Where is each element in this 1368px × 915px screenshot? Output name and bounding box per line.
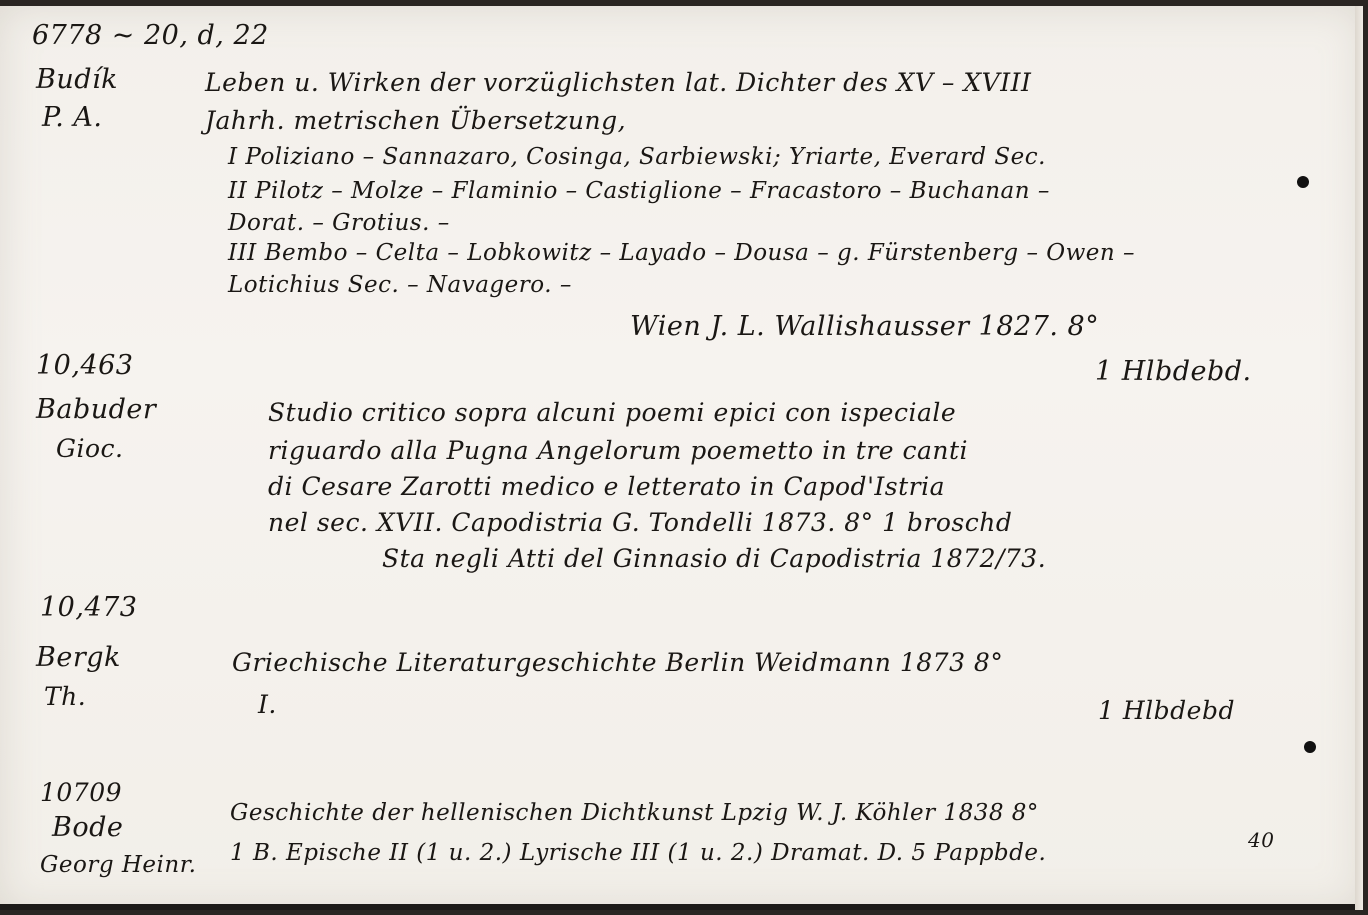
punch-dot bbox=[1304, 741, 1316, 753]
contents-line: Dorat. – Grotius. – bbox=[228, 210, 450, 236]
card-edge bbox=[1355, 6, 1363, 910]
shelfmark-3: 10,473 bbox=[40, 592, 137, 623]
contents-line: III Bembo – Celta – Lobkowitz – Layado –… bbox=[228, 240, 1135, 266]
title-line: Studio critico sopra alcuni poemi epici … bbox=[268, 398, 956, 427]
author-surname-4: Bode bbox=[52, 812, 123, 843]
shelfmark-2: 10,463 bbox=[36, 350, 133, 381]
author-surname-2: Babuder bbox=[36, 394, 156, 425]
title-line: Jahrh. metrischen Übersetzung, bbox=[205, 106, 626, 135]
contents-line: II Pilotz – Molze – Flaminio – Castiglio… bbox=[228, 178, 1050, 204]
shelfmark-4: 10709 bbox=[40, 778, 122, 807]
note: Sta negli Atti del Ginnasio di Capodistr… bbox=[382, 544, 1046, 573]
title-line: di Cesare Zarotti medico e letterato in … bbox=[268, 472, 945, 501]
author-initials-1: P. A. bbox=[42, 102, 102, 133]
author-surname-1: Budík bbox=[36, 64, 118, 95]
contents-line: 1 B. Epische II (1 u. 2.) Lyrische III (… bbox=[230, 840, 1046, 866]
title-line: Geschichte der hellenischen Dichtkunst L… bbox=[230, 800, 1039, 826]
holdings: 1 Hlbdebd bbox=[1098, 696, 1235, 725]
punch-dot bbox=[1297, 176, 1309, 188]
catalog-card: 6778 ~ 20, d, 22 Budík P. A. Leben u. Wi… bbox=[0, 6, 1362, 910]
author-surname-3: Bergk bbox=[36, 642, 121, 673]
superscript: 40 bbox=[1248, 828, 1274, 852]
title-line: Griechische Literaturgeschichte Berlin W… bbox=[232, 648, 1003, 677]
contents-line: I Poliziano – Sannazaro, Cosinga, Sarbie… bbox=[228, 144, 1046, 170]
author-initials-4: Georg Heinr. bbox=[40, 852, 196, 878]
title-line: riguardo alla Pugna Angelorum poemetto i… bbox=[268, 436, 968, 465]
shelfmark-1: 6778 ~ 20, d, 22 bbox=[32, 20, 269, 51]
holdings: 1 Hlbdebd. bbox=[1095, 356, 1252, 387]
contents-line: Lotichius Sec. – Navagero. – bbox=[228, 272, 572, 298]
volume: I. bbox=[258, 690, 277, 719]
title-line: Leben u. Wirken der vorzüglichsten lat. … bbox=[205, 68, 1031, 97]
author-initials-2: Gioc. bbox=[56, 434, 123, 463]
imprint: Wien J. L. Wallishausser 1827. 8° bbox=[630, 311, 1099, 342]
imprint-line: nel sec. XVII. Capodistria G. Tondelli 1… bbox=[268, 508, 1012, 537]
author-initials-3: Th. bbox=[44, 682, 86, 711]
